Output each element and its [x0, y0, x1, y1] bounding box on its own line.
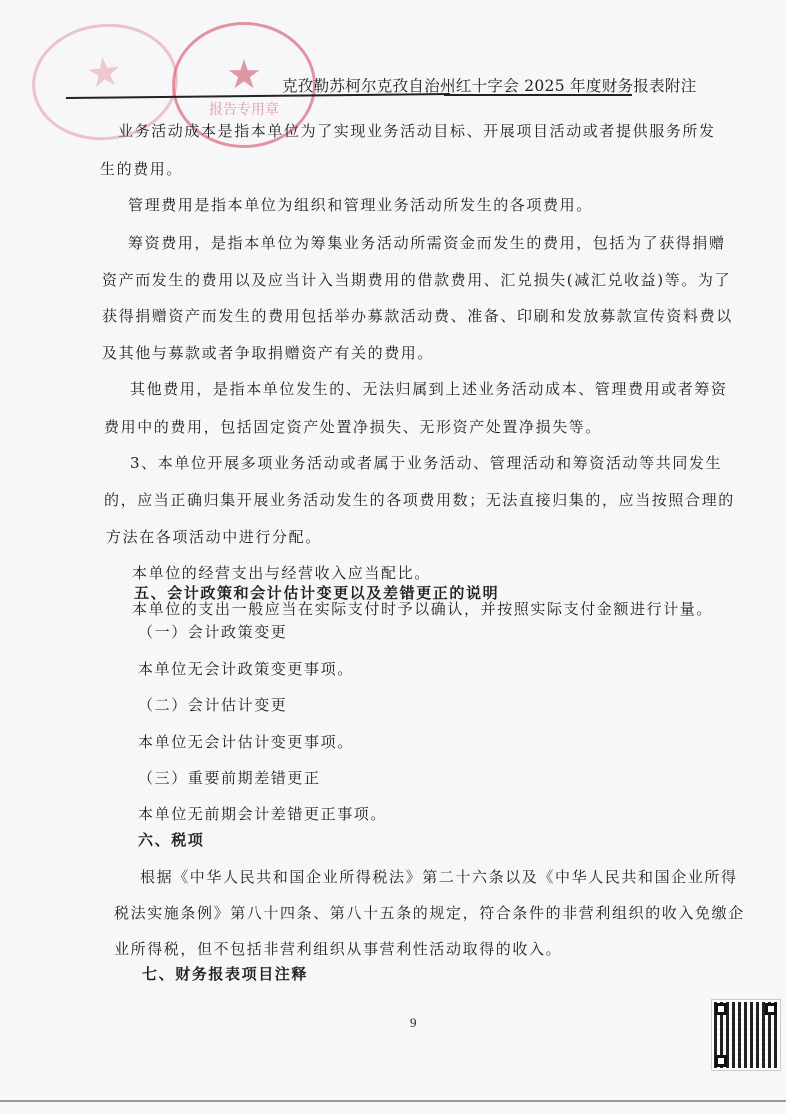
stamp-label: 报告专用章: [175, 99, 313, 119]
paragraph-line: 获得捐赠资产而发生的费用包括举办募款活动费、准备、印刷和发放募款宣传资料费以: [102, 305, 733, 326]
header-divider: [444, 94, 632, 96]
scan-edge-divider: [0, 1100, 786, 1102]
section-heading-7: 七、财务报表项目注释: [142, 963, 308, 984]
document-page: ★ ★ 报告专用章 克孜勒苏柯尔克孜自治州红十字会 2025 年度财务报表附注 …: [0, 0, 786, 1114]
section-heading-6: 六、税项: [138, 829, 204, 850]
subsection-heading: （一）会计政策变更: [138, 621, 287, 642]
paragraph-line: 费用中的费用，包括固定资产处置净损失、无形资产处置净损失等。: [104, 416, 602, 437]
subsection-text: 本单位无会计政策变更事项。: [138, 658, 354, 679]
paragraph-line: 其他费用，是指本单位发生的、无法归属到上述业务活动成本、管理费用或者筹资: [130, 378, 728, 399]
paragraph-line: 业务活动成本是指本单位为了实现业务活动目标、开展项目活动或者提供服务所发: [118, 120, 716, 141]
paragraph-line: 及其他与募款或者争取捐赠资产有关的费用。: [102, 342, 434, 363]
paragraph-line: 筹资费用，是指本单位为筹集业务活动所需资金而发生的费用，包括为了获得捐赠: [128, 232, 726, 253]
paragraph-line: 根据《中华人民共和国企业所得税法》第二十六条以及《中华人民共和国企业所得: [140, 866, 738, 887]
qr-finder-pattern: [715, 1003, 727, 1015]
document-header-title: 克孜勒苏柯尔克孜自治州红十字会 2025 年度财务报表附注: [282, 74, 697, 96]
subsection-text: 本单位无前期会计差错更正事项。: [138, 803, 387, 824]
section-heading-5: 五、会计政策和会计估计变更以及差错更正的说明: [134, 582, 499, 603]
subsection-text: 本单位无会计估计变更事项。: [138, 731, 354, 752]
page-number: 9: [410, 1015, 417, 1031]
paragraph-line: 资产而发生的费用以及应当计入当期费用的借款费用、汇兑损失(减汇兑收益)等。为了: [102, 269, 731, 290]
paragraph-line: 业所得税，但不包括非营利组织从事营利性活动取得的收入。: [114, 938, 562, 959]
qr-code-icon: [712, 1000, 780, 1070]
paragraph-line: 生的费用。: [100, 158, 183, 179]
paragraph-line: 本单位的经营支出与经营收入应当配比。: [132, 562, 431, 583]
paragraph-line: 方法在各项活动中进行分配。: [106, 526, 322, 547]
paragraph-line: 的，应当正确归集开展业务活动发生的各项费用数；无法直接归集的，应当按照合理的: [104, 489, 735, 510]
paragraph-line: 3、本单位开展多项业务活动或者属于业务活动、管理活动和筹资活动等共同发生: [130, 452, 722, 473]
paragraph-line: 税法实施条例》第八十四条、第八十五条的规定，符合条件的非营利组织的收入免缴企: [114, 902, 745, 923]
qr-finder-pattern: [715, 1055, 727, 1067]
star-icon: ★: [84, 48, 124, 97]
star-icon: ★: [226, 52, 262, 98]
qr-finder-pattern: [765, 1003, 777, 1015]
subsection-heading: （三）重要前期差错更正: [138, 767, 321, 788]
paragraph-line: 管理费用是指本单位为组织和管理业务活动所发生的各项费用。: [128, 194, 593, 215]
subsection-heading: （二）会计估计变更: [138, 694, 287, 715]
